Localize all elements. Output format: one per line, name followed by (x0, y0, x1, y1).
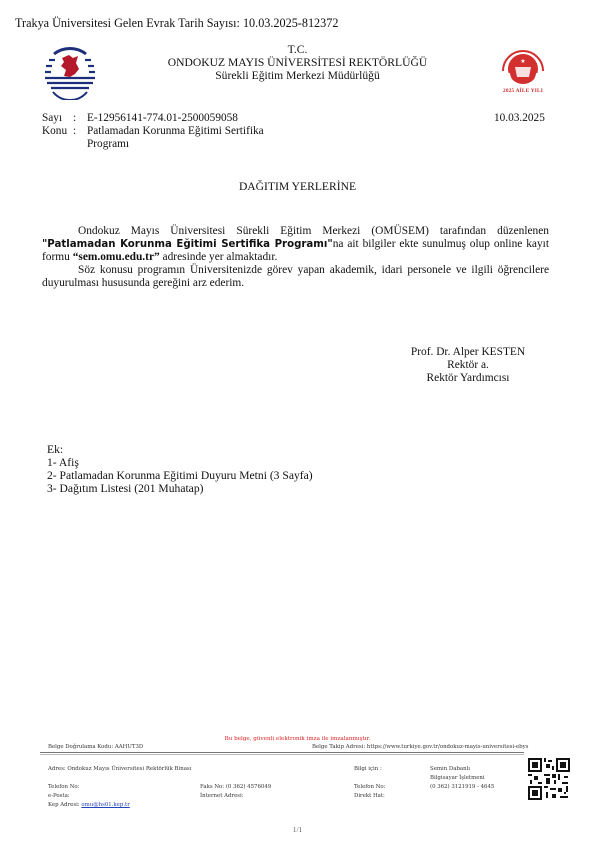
program-name: "Patlamadan Korunma Eğitimi Sertifika Pr… (42, 239, 333, 250)
footer-divider-secondary (40, 754, 524, 755)
konu-value-line2: Programı (87, 138, 317, 151)
paragraph-1: Ondokuz Mayıs Üniversitesi Sürekli Eğiti… (42, 225, 549, 264)
p1-text-a: Ondokuz Mayıs Üniversitesi Sürekli Eğiti… (78, 225, 549, 237)
signatory-role: Rektör a. (398, 359, 538, 372)
kep-link[interactable]: omu@hs01.kep.tr (81, 802, 129, 808)
sayi-colon: : (73, 112, 87, 125)
tracking-address[interactable]: Belge Takip Adresi: https://www.turkiye.… (312, 744, 528, 750)
konu-colon: : (73, 125, 87, 138)
contact-title: Bilgisayar İşletmeni (430, 775, 485, 781)
sayi-label: Sayı (42, 112, 73, 125)
konu-label: Konu (42, 125, 73, 138)
web-label: İnternet Adresi: (200, 793, 244, 799)
sayi-value: E-12956141-774.01-2500059058 (87, 112, 317, 125)
document-date: 10.03.2025 (494, 112, 545, 124)
kep-address: Kep Adresi: omu@hs01.kep.tr (48, 802, 130, 808)
esign-notice: Bu belge, güvenli elektronik imza ile im… (0, 736, 595, 742)
attachments-list: Ek: 1- Afiş 2- Patlamadan Korunma Eğitim… (47, 443, 313, 495)
address: Adres: Ondokuz Mayıs Üniversitesi Rektör… (48, 766, 191, 772)
attachment-item: 2- Patlamadan Korunma Eğitimi Duyuru Met… (47, 469, 313, 482)
p1-text-c: adresinde yer almaktadır. (160, 251, 278, 263)
signature-block: Prof. Dr. Alper KESTEN Rektör a. Rektör … (398, 346, 538, 385)
contact-phone-label: Telefon No: (354, 784, 386, 790)
paragraph-2: Söz konusu programın Üniversitenizde gör… (42, 264, 549, 290)
addressee: DAĞITIM YERLERİNE (0, 180, 595, 193)
qr-code-icon[interactable] (528, 758, 570, 800)
attachments-title: Ek: (47, 443, 313, 456)
family-year-caption: 2025 AİLE YILI (489, 88, 557, 94)
letter-body: Ondokuz Mayıs Üniversitesi Sürekli Eğiti… (42, 225, 549, 290)
email-label: e-Posta: (48, 793, 70, 799)
header-department: Sürekli Eğitim Merkezi Müdürlüğü (0, 69, 595, 82)
signatory-title: Rektör Yardımcısı (398, 372, 538, 385)
contact-name: Semin Dabanlı (430, 766, 470, 772)
info-label: Bilgi için : (354, 766, 382, 772)
phone-label: Telefon No: (48, 784, 80, 790)
footer-divider (40, 752, 524, 753)
kep-label: Kep Adresi: (48, 802, 81, 808)
konu-value-line1: Patlamadan Korunma Eğitimi Sertifika (87, 125, 317, 138)
registration-url: “sem.omu.edu.tr” (73, 251, 160, 263)
page-number: 1/1 (0, 825, 595, 834)
attachment-item: 3- Dağıtım Listesi (201 Muhatap) (47, 482, 313, 495)
verification-code: Belge Doğrulama Kodu: AAHUT3D (48, 744, 143, 750)
header-tc: T.C. (0, 43, 595, 56)
direct-line-label: Direkt Hat: (354, 793, 385, 799)
document-meta: Sayı : E-12956141-774.01-2500059058 Konu… (42, 112, 317, 151)
incoming-document-stamp: Trakya Üniversitesi Gelen Evrak Tarih Sa… (15, 16, 338, 31)
contact-phone: (0 362) 3121919 - 4645 (430, 784, 494, 790)
signatory-name: Prof. Dr. Alper KESTEN (398, 346, 538, 359)
attachment-item: 1- Afiş (47, 456, 313, 469)
header-institution: ONDOKUZ MAYIS ÜNİVERSİTESİ REKTÖRLÜĞÜ (0, 56, 595, 69)
fax-number: Faks No: (0 362) 4576049 (200, 784, 271, 790)
